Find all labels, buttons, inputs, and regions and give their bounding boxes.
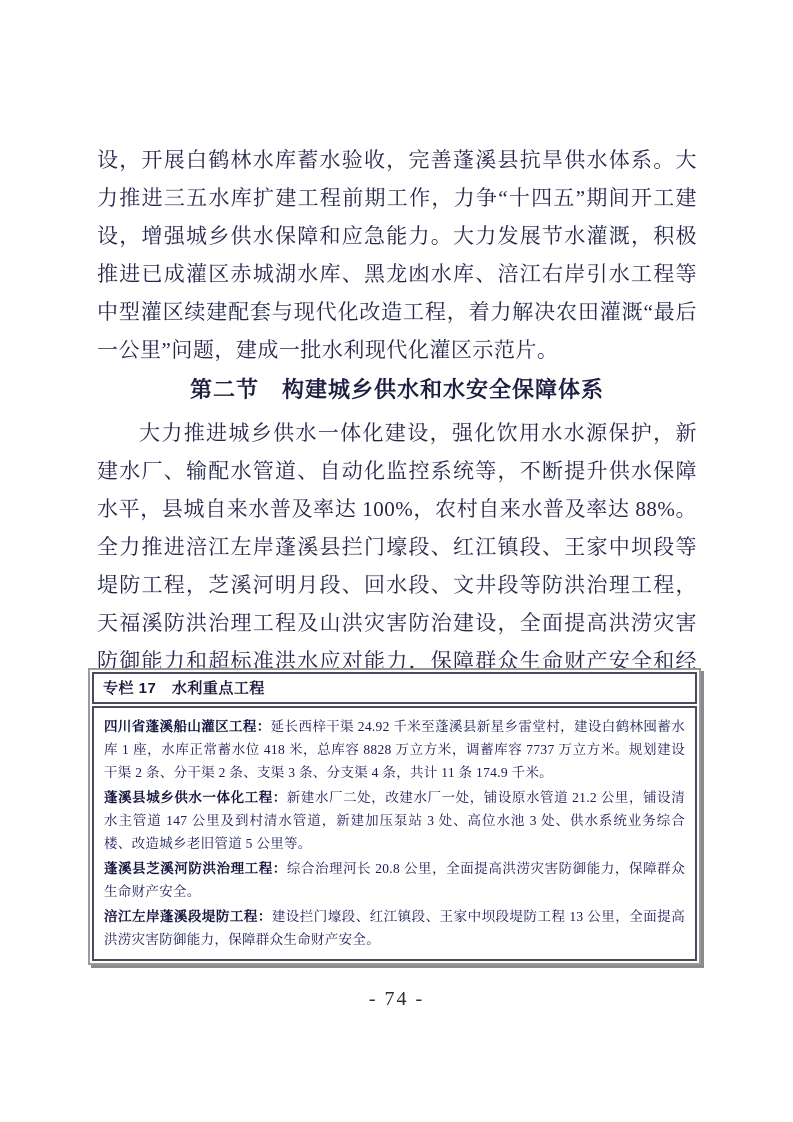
section-heading: 第二节 构建城乡供水和水安全保障体系 (97, 375, 697, 405)
paragraph-continuation: 设，开展白鹤林水库蓄水验收，完善蓬溪县抗旱供水体系。大力推进三五水库扩建工程前期… (97, 141, 697, 369)
box-entry-2: 蓬溪县城乡供水一体化工程：新建水厂二处，改建水厂一处，铺设原水管道 21.2 公… (104, 786, 685, 855)
box-entry-4-title: 涪江左岸蓬溪段堤防工程： (104, 909, 272, 924)
text-column: 设，开展白鹤林水库蓄水验收，完善蓬溪县抗旱供水体系。大力推进三五水库扩建工程前期… (97, 141, 697, 718)
box-entry-3-title: 蓬溪县芝溪河防洪治理工程： (104, 861, 287, 876)
box-entry-3: 蓬溪县芝溪河防洪治理工程：综合治理河长 20.8 公里，全面提高洪涝灾害防御能力… (104, 857, 685, 903)
box-entry-4: 涪江左岸蓬溪段堤防工程：建设拦门壕段、红江镇段、王家中坝段堤防工程 13 公里，… (104, 905, 685, 951)
column-box-body: 四川省蓬溪船山灌区工程：延长西梓干渠 24.92 千米至蓬溪县新星乡雷堂村，建设… (92, 706, 697, 961)
page-number: - 74 - (0, 988, 793, 1011)
column-box-title: 专栏 17 水利重点工程 (92, 672, 697, 704)
box-entry-1-title: 四川省蓬溪船山灌区工程： (104, 719, 271, 734)
box-entry-1: 四川省蓬溪船山灌区工程：延长西梓干渠 24.92 千米至蓬溪县新星乡雷堂村，建设… (104, 715, 685, 784)
highlight-column-box: 专栏 17 水利重点工程 四川省蓬溪船山灌区工程：延长西梓干渠 24.92 千米… (88, 668, 701, 965)
box-entry-2-title: 蓬溪县城乡供水一体化工程： (104, 790, 287, 805)
document-page: 设，开展白鹤林水库蓄水验收，完善蓬溪县抗旱供水体系。大力推进三五水库扩建工程前期… (0, 0, 793, 1122)
